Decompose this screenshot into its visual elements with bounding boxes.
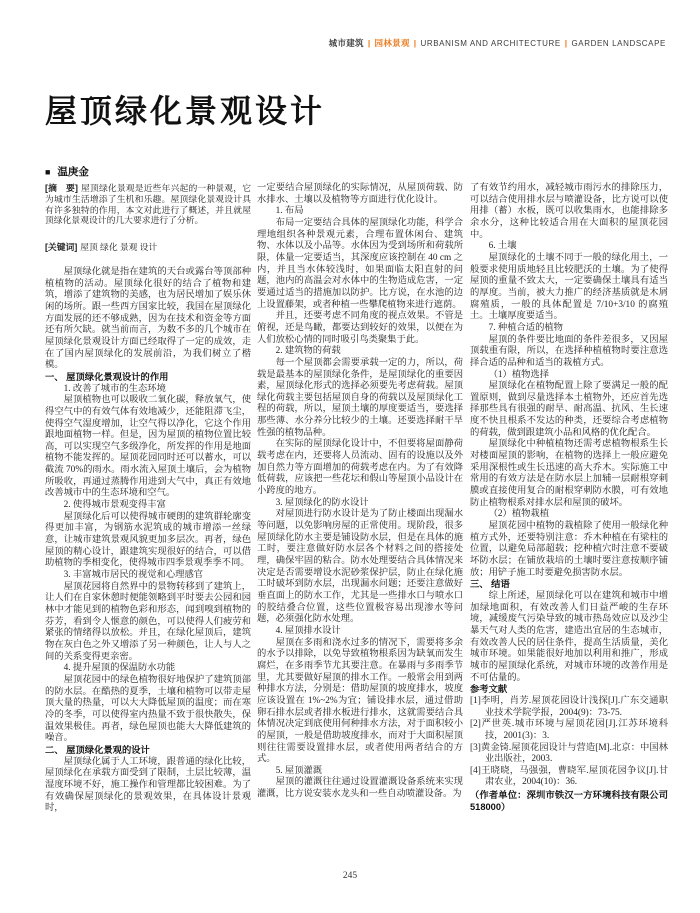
body-paragraph: 屋顶的条件要比地面的条件差很多，又因屋顶载重有限，所以，在选择种植植物时要注意选… [470,335,668,370]
body-paragraph: 了有效节约用水，减轻城市雨污水的排除压力，可以结合使用排水层与喷灌设备，比方说可… [470,183,668,241]
section-heading: 二、 屋顶绿化景观的设计 [45,745,251,757]
body-paragraph: 屋顶绿化的土壤不同于一般的绿化用土，一般要求使用质地轻且比较肥沃的土壤。为了使得… [470,253,668,323]
page-number: 245 [0,871,700,881]
reference-item: [2]严世英.城市环境与屋顶花园[J].江苏环境科技，2001(3)：3. [470,719,668,742]
body-paragraph: 屋顶的灌溉往往通过设置灌溉设备系统来实现灌溉，比方说安装水龙头和一些自动喷灌设备… [257,777,463,800]
body-paragraph: 屋顶花园中的绿色植物很好地保护了建筑顶部的防水层。在酷热的夏季，土壤和植物可以带… [45,675,251,745]
body-paragraph: 综上所述，屋顶绿化可以在建筑和城市中增加绿地面积，有效改善人们日益严峻的生存环境… [470,591,668,684]
body-paragraph: 屋顶花园中植物的栽植除了使用一般绿化种植方式外，还要特别注意：乔木种植在有梁柱的… [470,521,668,579]
body-paragraph: 并且，还要考虑不同角度的视点效果。不管是俯视，还是鸟瞰，都要达到较好的效果，以便… [257,311,463,346]
section-heading: 三、 结语 [470,579,668,591]
body-paragraph: 每一个屋顶都会需要承载一定的力，所以，荷载是最基本的屋顶绿化条件，是屋顶绿化的重… [257,358,463,440]
keywords-label: [关键词] [45,242,77,252]
subsection-heading: 3. 丰富城市居民的视觉和心理感官 [45,570,251,582]
journal-section-en: GARDEN LANDSCAPE [571,39,666,48]
subsection-heading: （1）植物选择 [470,370,668,382]
article-title: 屋顶绿化景观设计 [45,86,325,132]
body-paragraph: 屋顶在多雨和浇水过多的情况下，需要将多余的水予以排除，以免导致植物根系因为缺氧而… [257,638,463,766]
column-2: 一定要结合屋顶绿化的实际情况，从屋顶荷载、防水排水、土壤以及植物等方面进行优化设… [257,183,463,801]
column-3: 了有效节约用水，减轻城市雨污水的排除压力，可以结合使用排水层与喷灌设备，比方说可… [470,183,668,813]
journal-name-cn: 城市建筑 [329,38,364,48]
keywords-text: 屋顶 绿化 景观 设计 [80,242,157,252]
abstract: [摘 要]屋顶绿化景观是近些年兴起的一种景观，它为城市生活增添了生机和乐趣。屋顶… [45,183,251,226]
author-line: ■温庚金 [45,164,89,179]
subsection-heading: 7. 种植合适的植物 [470,323,668,335]
journal-section-cn: 园林景观 [375,38,410,48]
subsection-heading: 4. 屋顶排水设计 [257,626,463,638]
journal-header: 城市建筑|园林景观|URBANISM AND ARCHITECTURE|GARD… [329,37,666,49]
subsection-heading: 4. 提升屋顶的保温防水功能 [45,663,251,675]
body-paragraph: 屋顶绿化在植物配置上除了要满足一般的配置原则，做到尽量选择本土植物外，还应首先选… [470,381,668,439]
header-separator: | [410,38,421,48]
subsection-heading: 3. 屋顶绿化的防水设计 [257,498,463,510]
keywords: [关键词]屋顶 绿化 景观 设计 [45,242,251,253]
subsection-heading: 1. 改善了城市的生态环境 [45,384,251,396]
body-paragraph: 布局一定要结合具体的屋顶绿化功能，科学合理地组织各种景观元素，合理布置休闲台、建… [257,218,463,311]
abstract-label: [摘 要] [45,183,78,193]
body-paragraph: 屋顶绿化后可以使得城市硬朗的建筑群轮廓变得更加丰富，为钢筋水泥筑成的城市增添一丝… [45,512,251,570]
body-paragraph: 屋顶绿化就是指在建筑的天台或露台等顶部种植植物的活动。屋顶绿化很好的结合了植物和… [45,267,251,372]
reference-item: [4]王晓晓，马强强，曹晓军.屋顶花园争议[J].甘肃农业，2004(10)：3… [470,766,668,789]
body-paragraph: 屋顶绿化属于人工环境，跟普通的绿化比较，屋顶绿化在承载方面受到了限制，土层比较薄… [45,757,251,815]
author-marker-square: ■ [45,167,50,177]
body-paragraph: 屋顶植物也可以吸收二氧化碳，释放氧气，使得空气中的有效气体有效地减少，还能阻滞飞… [45,395,251,500]
subsection-heading: 2. 建筑物的荷载 [257,346,463,358]
page: 城市建筑|园林景观|URBANISM AND ARCHITECTURE|GARD… [0,0,700,913]
author-name: 温庚金 [57,166,89,178]
header-separator: | [364,38,375,48]
subsection-heading: （2）植物栽植 [470,509,668,521]
body-paragraph: 在实际的屋顶绿化设计中，不但要将屋面静荷载考虑在内，还要将人员流动、固有的设施以… [257,439,463,497]
body-paragraph: 一定要结合屋顶绿化的实际情况，从屋顶荷载、防水排水、土壤以及植物等方面进行优化设… [257,183,463,206]
body-paragraph: 屋顶花园将自然界中的景物转移到了建筑上，让人们在自家休憩时便能领略到平时要去公园… [45,582,251,664]
reference-item: [3]黄金锜.屋顶花园设计与营造[M].北京：中国林业出版社，2003. [470,743,668,766]
journal-name-en: URBANISM AND ARCHITECTURE [420,39,560,48]
subsection-heading: 2. 使得城市景观变得丰富 [45,500,251,512]
subsection-heading: 1. 布局 [257,206,463,218]
body-paragraph: 对屋顶进行防水设计是为了防止楼面出现漏水等问题，以免影响房屋的正常使用。现阶段，… [257,509,463,626]
references-heading: 参考文献 [470,684,668,696]
column-1: [摘 要]屋顶绿化景观是近些年兴起的一种景观，它为城市生活增添了生机和乐趣。屋顶… [45,183,251,815]
section-heading: 一、 屋顶绿化景观设计的作用 [45,372,251,384]
author-affiliation: （作者单位：深圳市铁汉一方环境科技有限公司 518000） [470,790,668,813]
reference-item: [1]李明，肖芳.屋顶花园设计浅探[J].广东交通职业技术学院学报，2004(9… [470,696,668,719]
header-separator: | [561,38,572,48]
subsection-heading: 5. 屋顶灌溉 [257,766,463,778]
column-1-body: 屋顶绿化就是指在建筑的天台或露台等顶部种植植物的活动。屋顶绿化很好的结合了植物和… [45,267,251,815]
body-paragraph: 屋顶绿化中种植植物还需考虑植物根系生长对楼面屋顶的影响，在植物的选择上一般应避免… [470,439,668,509]
subsection-heading: 6. 土壤 [470,241,668,253]
